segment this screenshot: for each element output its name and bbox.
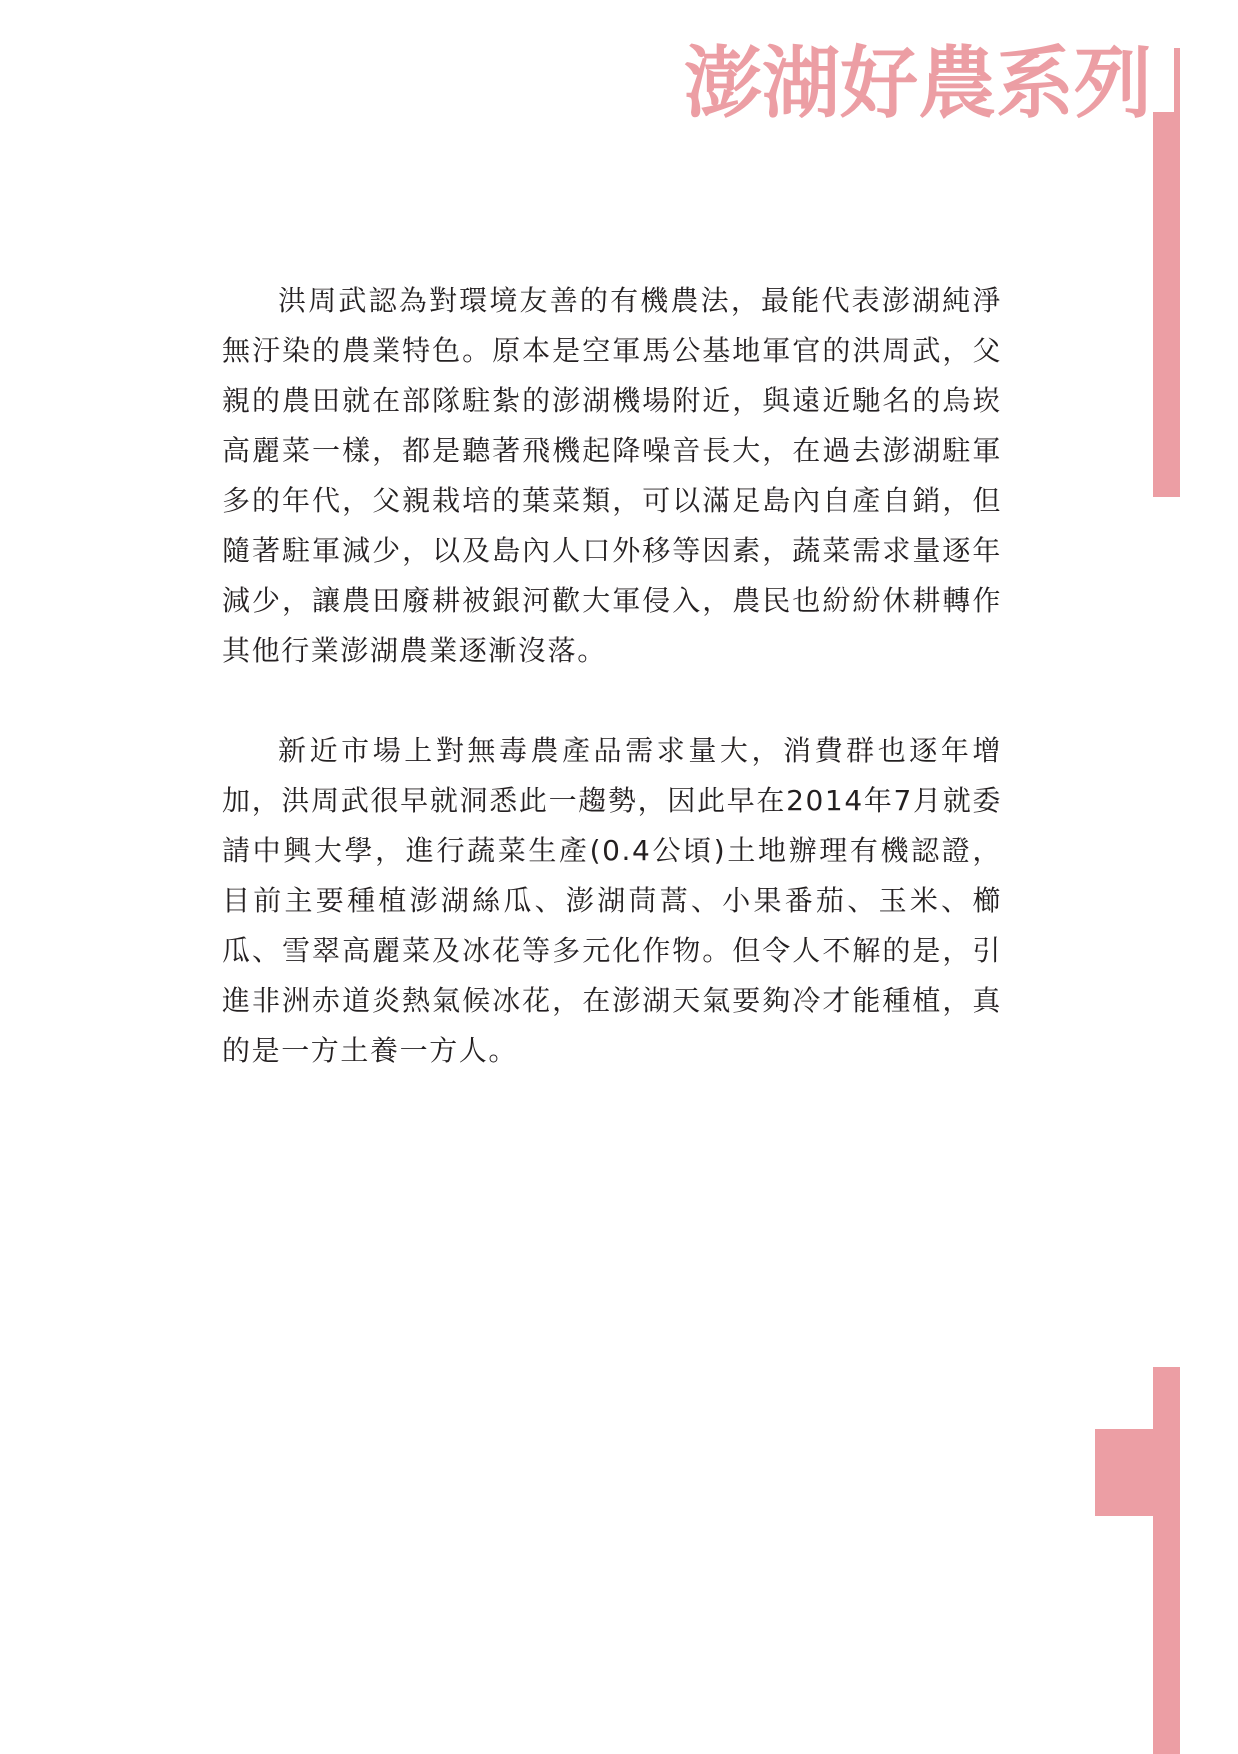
decorative-bar-top-thin — [1174, 48, 1180, 112]
decorative-bar-top — [1153, 112, 1180, 497]
article-body: 洪周武認為對環境友善的有機農法，最能代表澎湖純淨無汙染的農業特色。原本是空軍馬公… — [222, 276, 1002, 1126]
article-paragraph-2: 新近市場上對無毒農產品需求量大，消費群也逐年增加，洪周武很早就洞悉此一趨勢，因此… — [222, 726, 1002, 1076]
decorative-bar-bottom — [1153, 1367, 1180, 1754]
decorative-square-accent — [1095, 1429, 1153, 1516]
page-title: 澎湖好農系列 — [684, 36, 1152, 132]
article-paragraph-1: 洪周武認為對環境友善的有機農法，最能代表澎湖純淨無汙染的農業特色。原本是空軍馬公… — [222, 276, 1002, 676]
